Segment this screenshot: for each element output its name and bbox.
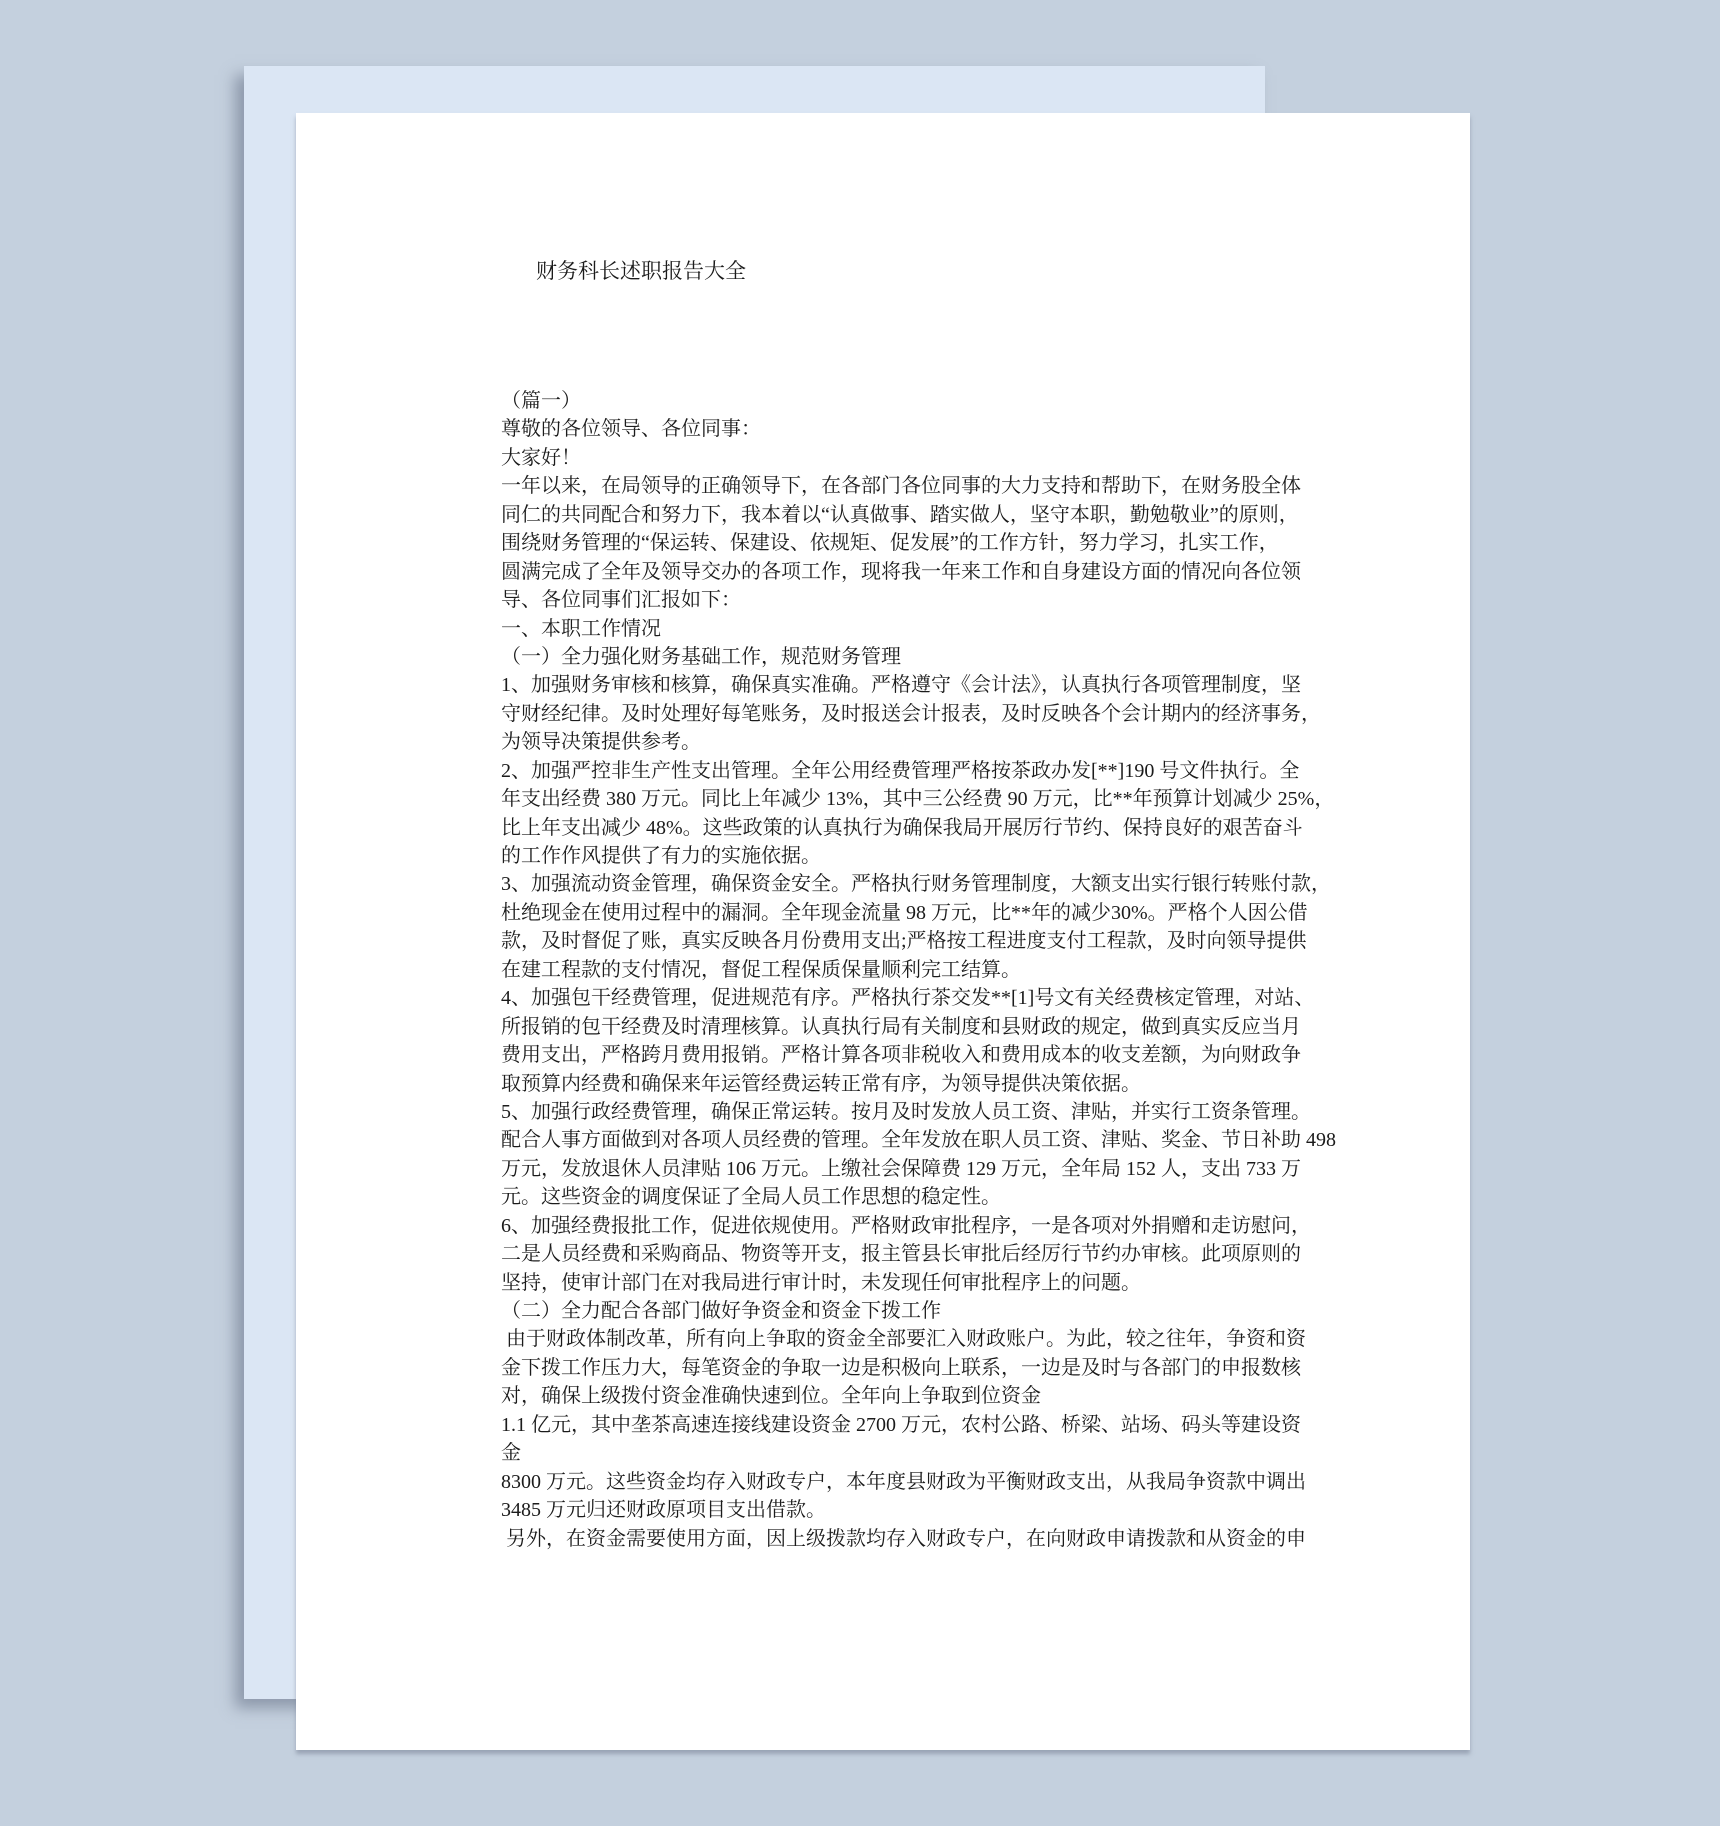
text-line: 5、加强行政经费管理，确保正常运转。按月及时发放人员工资、津贴，并实行工资条管理… [501,1098,1336,1126]
text-line: 2、加强严控非生产性支出管理。全年公用经费管理严格按茶政办发[**]190 号文… [501,757,1336,785]
text-line: 圆满完成了全年及领导交办的各项工作，现将我一年来工作和自身建设方面的情况向各位领 [501,558,1336,586]
text-line: 在建工程款的支付情况，督促工程保质保量顺利完工结算。 [501,956,1336,984]
text-line: 围绕财务管理的“保运转、保建设、依规矩、促发展”的工作方针，努力学习，扎实工作， [501,529,1336,557]
text-line: 6、加强经费报批工作，促进依规使用。严格财政审批程序，一是各项对外捐赠和走访慰问… [501,1212,1336,1240]
text-line: 1、加强财务审核和核算，确保真实准确。严格遵守《会计法》，认真执行各项管理制度，… [501,671,1336,699]
text-line: 万元，发放退休人员津贴 106 万元。上缴社会保障费 129 万元，全年局 15… [501,1155,1336,1183]
text-line: 元。这些资金的调度保证了全局人员工作思想的稳定性。 [501,1183,1336,1211]
document-title: 财务科长述职报告大全 [536,255,746,285]
text-line: 为领导决策提供参考。 [501,728,1336,756]
text-line: 守财经纪律。及时处理好每笔账务，及时报送会计报表，及时反映各个会计期内的经济事务… [501,700,1336,728]
text-line: 3485 万元归还财政原项目支出借款。 [501,1496,1336,1524]
text-line: 金 [501,1439,1336,1467]
text-line: 由于财政体制改革，所有向上争取的资金全部要汇入财政账户。为此，较之往年，争资和资 [501,1325,1336,1353]
document-body: （篇一） 尊敬的各位领导、各位同事： 大家好！ 一年以来，在局领导的正确领导下，… [501,387,1336,1553]
text-line: 金下拨工作压力大，每笔资金的争取一边是积极向上联系，一边是及时与各部门的申报数核 [501,1354,1336,1382]
text-line: 坚持，使审计部门在对我局进行审计时，未发现任何审批程序上的问题。 [501,1269,1336,1297]
text-line: 3、加强流动资金管理，确保资金安全。严格执行财务管理制度，大额支出实行银行转账付… [501,870,1336,898]
text-line: 尊敬的各位领导、各位同事： [501,415,1336,443]
text-line: （二）全力配合各部门做好争资金和资金下拨工作 [501,1297,1336,1325]
text-line: 款，及时督促了账，真实反映各月份费用支出;严格按工程进度支付工程款，及时向领导提… [501,927,1336,955]
document-page: 财务科长述职报告大全 （篇一） 尊敬的各位领导、各位同事： 大家好！ 一年以来，… [296,113,1470,1750]
text-line: 年支出经费 380 万元。同比上年减少 13%，其中三公经费 90 万元，比**… [501,785,1336,813]
text-line: 另外，在资金需要使用方面，因上级拨款均存入财政专户，在向财政申请拨款和从资金的申 [501,1525,1336,1553]
text-line: （一）全力强化财务基础工作，规范财务管理 [501,643,1336,671]
text-line: 取预算内经费和确保来年运管经费运转正常有序，为领导提供决策依据。 [501,1070,1336,1098]
text-line: 一、本职工作情况 [501,615,1336,643]
text-line: 配合人事方面做到对各项人员经费的管理。全年发放在职人员工资、津贴、奖金、节日补助… [501,1126,1336,1154]
text-line: 大家好！ [501,444,1336,472]
desktop-background: 财务科长述职报告大全 （篇一） 尊敬的各位领导、各位同事： 大家好！ 一年以来，… [0,0,1720,1826]
text-line: 8300 万元。这些资金均存入财政专户，本年度县财政为平衡财政支出，从我局争资款… [501,1468,1336,1496]
text-line: 同仁的共同配合和努力下，我本着以“认真做事、踏实做人，坚守本职，勤勉敬业”的原则… [501,501,1336,529]
text-line: 导、各位同事们汇报如下： [501,586,1336,614]
text-line: 一年以来，在局领导的正确领导下，在各部门各位同事的大力支持和帮助下，在财务股全体 [501,472,1336,500]
text-line: 1.1 亿元，其中垄茶高速连接线建设资金 2700 万元，农村公路、桥梁、站场、… [501,1411,1336,1439]
text-line: 4、加强包干经费管理，促进规范有序。严格执行茶交发**[1]号文有关经费核定管理… [501,984,1336,1012]
text-line: 杜绝现金在使用过程中的漏洞。全年现金流量 98 万元，比**年的减少30%。严格… [501,899,1336,927]
text-line: 二是人员经费和采购商品、物资等开支，报主管县长审批后经厉行节约办审核。此项原则的 [501,1240,1336,1268]
text-line: 比上年支出减少 48%。这些政策的认真执行为确保我局开展厉行节约、保持良好的艰苦… [501,814,1336,842]
text-line: （篇一） [501,387,1336,415]
text-line: 所报销的包干经费及时清理核算。认真执行局有关制度和县财政的规定，做到真实反应当月 [501,1013,1336,1041]
text-line: 的工作作风提供了有力的实施依据。 [501,842,1336,870]
text-line: 对，确保上级拨付资金准确快速到位。全年向上争取到位资金 [501,1382,1336,1410]
text-line: 费用支出，严格跨月费用报销。严格计算各项非税收入和费用成本的收支差额，为向财政争 [501,1041,1336,1069]
